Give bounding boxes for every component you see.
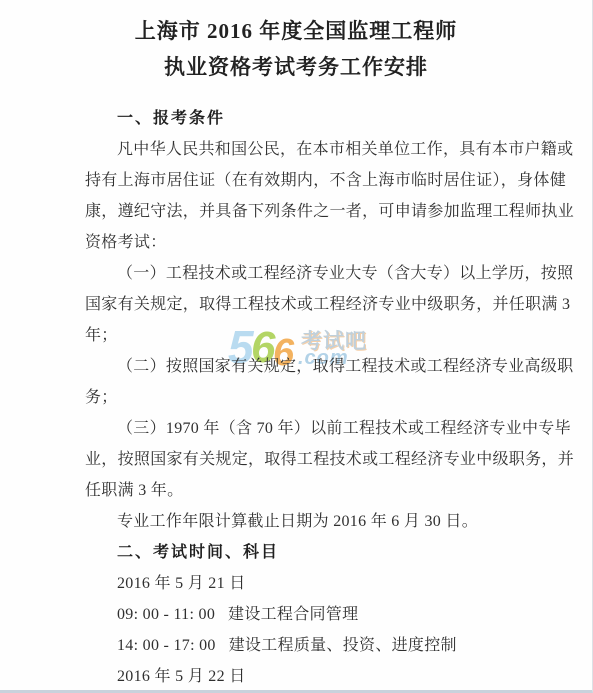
doc-line: 务；	[85, 382, 532, 413]
doc-line: 资格考试：	[85, 227, 532, 258]
doc-line: 2016 年 5 月 21 日	[85, 568, 532, 599]
doc-line: 09: 00 - 11: 00 建设工程合同管理	[85, 599, 532, 630]
doc-line: （三）1970 年（含 70 年）以前工程技术或工程经济专业中专毕	[85, 413, 532, 444]
doc-line: 凡中华人民共和国公民，在本市相关单位工作，具有本市户籍或	[85, 134, 532, 165]
doc-line: 14: 00 - 17: 00 建设工程质量、投资、进度控制	[85, 630, 532, 661]
doc-line: 业，按照国家有关规定，取得工程技术或工程经济专业中级职务，并	[85, 444, 532, 475]
doc-title-line-2: 执业资格考试考务工作安排	[0, 49, 592, 85]
doc-line: 任职满 3 年。	[85, 475, 532, 506]
section-heading: 二、考试时间、科目	[85, 537, 532, 568]
document-page: 5 6 6 考试吧 .com 上海市 2016 年度全国监理工程师 执业资格考试…	[0, 0, 593, 693]
doc-line: （一）工程技术或工程经济专业大专（含大专）以上学历，按照	[85, 258, 532, 289]
doc-title-line-1: 上海市 2016 年度全国监理工程师	[0, 13, 592, 49]
doc-title: 上海市 2016 年度全国监理工程师 执业资格考试考务工作安排	[0, 0, 592, 85]
doc-line: （二）按照国家有关规定，取得工程技术或工程经济专业高级职	[85, 351, 532, 382]
doc-line: 年；	[85, 320, 532, 351]
doc-line: 2016 年 5 月 22 日	[85, 661, 532, 692]
doc-line: 专业工作年限计算截止日期为 2016 年 6 月 30 日。	[85, 506, 532, 537]
section-heading: 一、报考条件	[85, 103, 532, 134]
doc-line: 持有上海市居住证（在有效期内，不含上海市临时居住证），身体健	[85, 165, 532, 196]
doc-body: 一、报考条件 凡中华人民共和国公民，在本市相关单位工作，具有本市户籍或 持有上海…	[85, 103, 532, 692]
doc-line: 国家有关规定，取得工程技术或工程经济专业中级职务，并任职满 3	[85, 289, 532, 320]
doc-line: 康，遵纪守法，并具备下列条件之一者，可申请参加监理工程师执业	[85, 196, 532, 227]
